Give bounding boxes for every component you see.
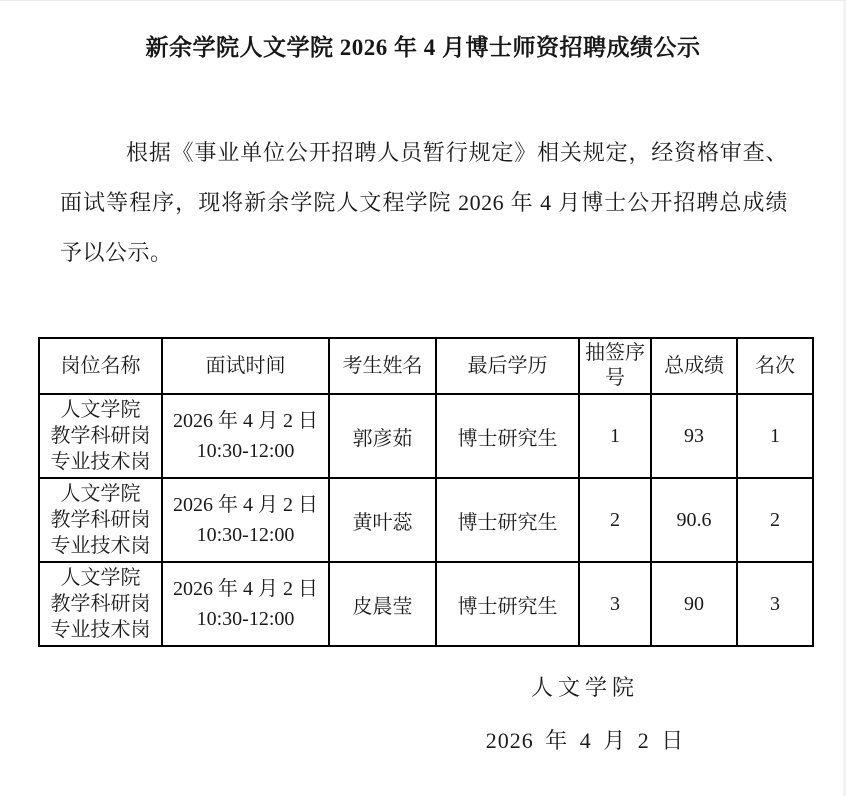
cell-final-degree: 博士研究生: [436, 394, 579, 478]
header-interview-time: 面试时间: [162, 338, 329, 394]
page-title: 新余学院人文学院 2026 年 4 月博士师资招聘成绩公示: [0, 32, 846, 64]
cell-position: 人文学院 教学科研岗 专业技术岗: [39, 478, 162, 562]
results-table: 岗位名称 面试时间 考生姓名 最后学历 抽签序号 总成绩 名次 人文学院 教学科…: [38, 337, 814, 647]
cell-position: 人文学院 教学科研岗 专业技术岗: [39, 562, 162, 646]
document-page: 新余学院人文学院 2026 年 4 月博士师资招聘成绩公示 根据《事业单位公开招…: [0, 1, 846, 647]
table-row: 人文学院 教学科研岗 专业技术岗 2026 年 4 月 2 日 10:30-12…: [39, 478, 813, 562]
cell-position: 人文学院 教学科研岗 专业技术岗: [39, 394, 162, 478]
cell-interview-time: 2026 年 4 月 2 日 10:30-12:00: [162, 394, 329, 478]
cell-candidate-name: 皮晨莹: [329, 562, 436, 646]
cell-candidate-name: 黄叶蕊: [329, 478, 436, 562]
table-row: 人文学院 教学科研岗 专业技术岗 2026 年 4 月 2 日 10:30-12…: [39, 394, 813, 478]
signature-date: 2026 年 4 月 2 日: [325, 725, 845, 757]
cell-total-score: 90.6: [651, 478, 737, 562]
cell-interview-time: 2026 年 4 月 2 日 10:30-12:00: [162, 562, 329, 646]
cell-candidate-name: 郭彦茹: [329, 394, 436, 478]
header-total-score: 总成绩: [651, 338, 737, 394]
announcement-paragraph: 根据《事业单位公开招聘人员暂行规定》相关规定，经资格审查、面试等程序，现将新余学…: [60, 128, 788, 278]
header-draw-number: 抽签序号: [579, 338, 651, 394]
header-candidate-name: 考生姓名: [329, 338, 436, 394]
header-rank: 名次: [737, 338, 813, 394]
cell-rank: 1: [737, 394, 813, 478]
cell-final-degree: 博士研究生: [436, 478, 579, 562]
cell-final-degree: 博士研究生: [436, 562, 579, 646]
header-position: 岗位名称: [39, 338, 162, 394]
cell-total-score: 90: [651, 562, 737, 646]
cell-draw-number: 3: [579, 562, 651, 646]
cell-rank: 3: [737, 562, 813, 646]
table-row: 人文学院 教学科研岗 专业技术岗 2026 年 4 月 2 日 10:30-12…: [39, 562, 813, 646]
cell-rank: 2: [737, 478, 813, 562]
cell-total-score: 93: [651, 394, 737, 478]
cell-draw-number: 2: [579, 478, 651, 562]
announcement-document: { "page": { "title": "新余学院人文学院 2026 年 4 …: [0, 0, 846, 796]
cell-interview-time: 2026 年 4 月 2 日 10:30-12:00: [162, 478, 329, 562]
cell-draw-number: 1: [579, 394, 651, 478]
table-header-row: 岗位名称 面试时间 考生姓名 最后学历 抽签序号 总成绩 名次: [39, 338, 813, 394]
signature-organization: 人文学院: [325, 673, 845, 703]
header-final-degree: 最后学历: [436, 338, 579, 394]
